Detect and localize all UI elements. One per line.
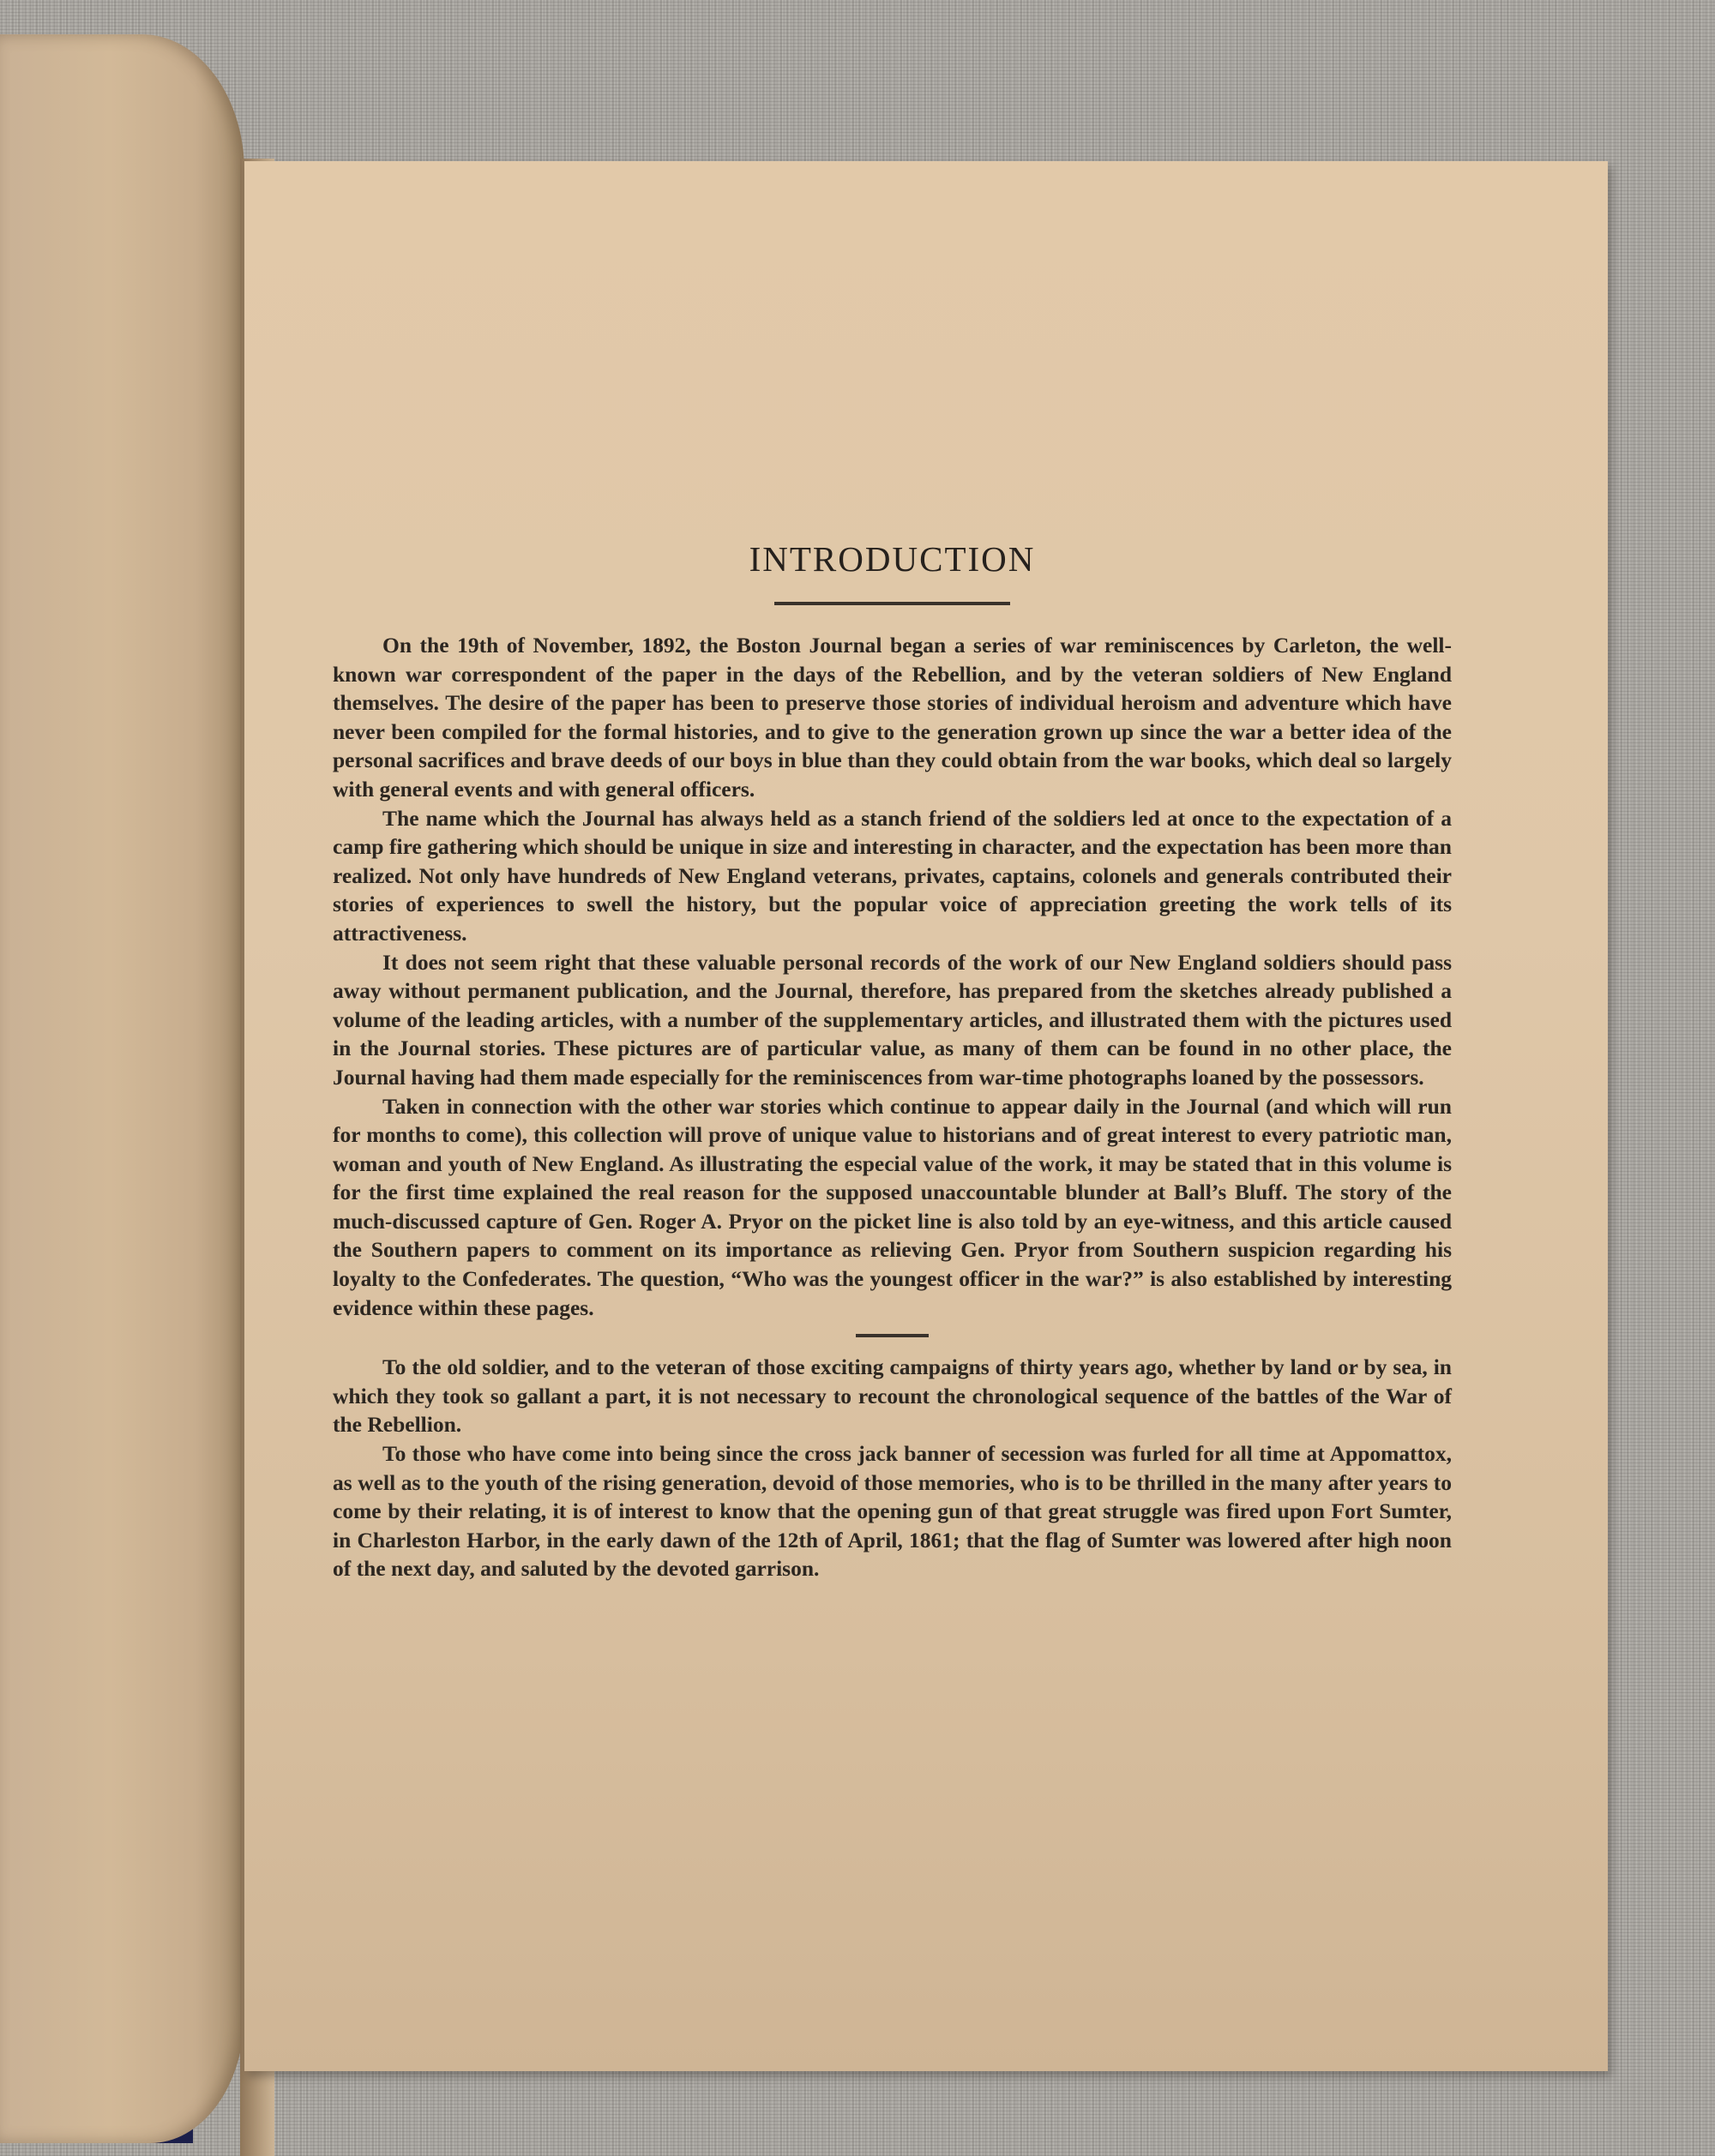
left-page-curl — [0, 34, 244, 2143]
paragraph-3: It does not seem right that these valuab… — [333, 948, 1452, 1092]
right-page: INTRODUCTION On the 19th of November, 18… — [244, 161, 1608, 2071]
section-divider — [856, 1334, 929, 1337]
page-title: INTRODUCTION — [333, 538, 1452, 580]
paragraph-2: The name which the Journal has always he… — [333, 804, 1452, 948]
page-content: INTRODUCTION On the 19th of November, 18… — [333, 538, 1452, 1583]
paragraph-6: To those who have come into being since … — [333, 1439, 1452, 1583]
paragraph-1: On the 19th of November, 1892, the Bosto… — [333, 631, 1452, 804]
title-rule — [774, 602, 1010, 605]
paragraph-4: Taken in connection with the other war s… — [333, 1092, 1452, 1323]
paragraph-5: To the old soldier, and to the veteran o… — [333, 1353, 1452, 1439]
